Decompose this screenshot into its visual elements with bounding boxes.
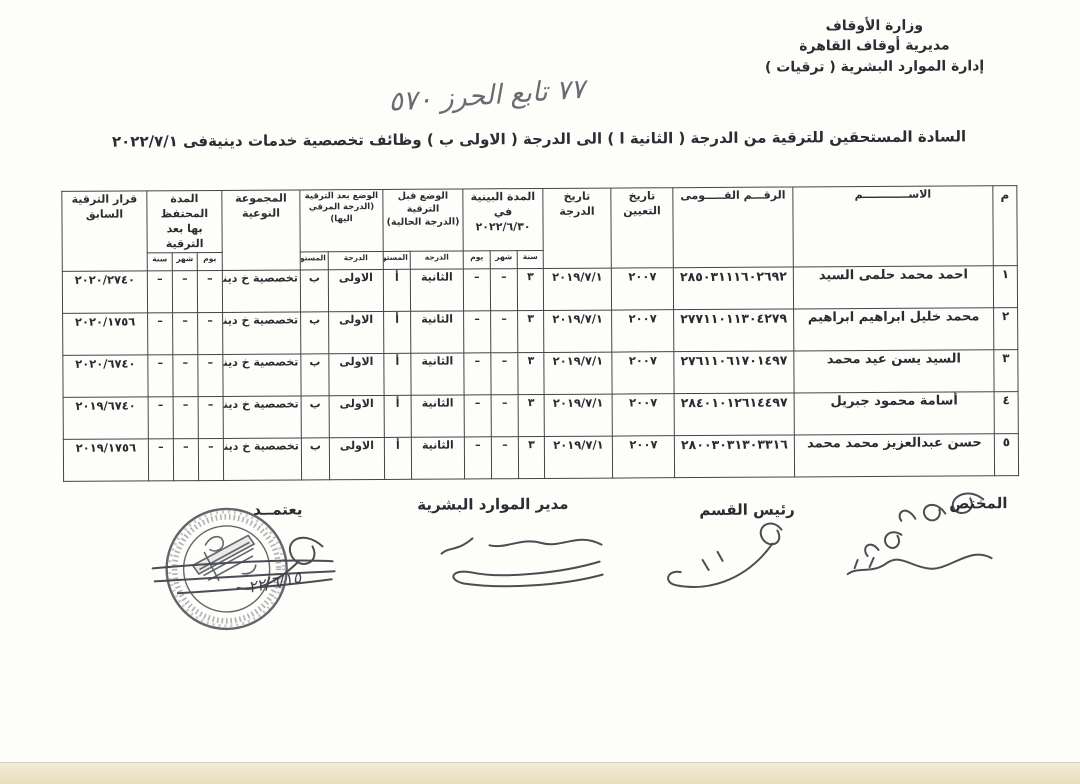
hire-date-cell: ٢٠٠٧ [612, 352, 674, 394]
retained-days-cell: – [197, 271, 222, 313]
subheader-before-level: المستوى [383, 252, 410, 270]
document-page: وزارة الأوقاف مديرية أوقاف القاهرة إدارة… [0, 0, 1080, 784]
header-group: المجموعة النوعية [222, 190, 300, 271]
after-degree-cell: الاولى [329, 354, 384, 396]
table-row: ٣ السيد يسن عيد محمد ٢٧٦١١٠٦١٧٠١٤٩٧ ٢٠٠٧… [63, 350, 1018, 398]
name-cell: احمد محمد حلمى السيد [793, 266, 993, 309]
retained-days-cell: – [198, 397, 223, 439]
hire-date-cell: ٢٠٠٧ [612, 394, 674, 436]
previous-decision-cell: ٢٠١٩/٦٧٤٠ [63, 397, 148, 440]
interim-months-cell: – [491, 437, 518, 479]
retained-years-cell: – [148, 355, 173, 397]
hire-date-cell: ٢٠٠٧ [612, 436, 674, 478]
previous-decision-cell: ٢٠٢٠/٢٧٤٠ [62, 271, 147, 314]
handwritten-reference-note: ٧٧ تابع الحرز ٥٧٠ [316, 69, 657, 123]
grade-date-cell: ٢٠١٩/٧/١ [543, 268, 611, 310]
grade-date-cell: ٢٠١٩/٧/١ [544, 310, 612, 352]
interim-years-cell: ٣ [518, 353, 544, 395]
header-name: الاســــــــــــم [793, 186, 993, 268]
interim-years-cell: ٣ [517, 269, 543, 311]
after-degree-cell: الاولى [329, 438, 384, 480]
retained-days-cell: – [198, 313, 223, 355]
interim-days-cell: – [464, 353, 491, 395]
after-level-cell: ب [301, 438, 329, 480]
previous-decision-cell: ٢٠١٩/١٧٥٦ [63, 439, 148, 482]
retained-years-cell: – [147, 271, 172, 313]
national-id-cell: ٢٨٤٠١٠١٢٦١٤٤٩٧ [674, 393, 794, 436]
interim-days-cell: – [464, 395, 491, 437]
after-level-cell: ب [301, 312, 329, 354]
retained-years-cell: – [148, 439, 173, 481]
grade-date-cell: ٢٠١٩/٧/١ [544, 394, 612, 436]
hr-manager-signature [441, 538, 602, 587]
serial-cell: ٣ [994, 350, 1018, 392]
name-cell: السيد يسن عيد محمد [794, 350, 994, 393]
header-previous-decision: قرار الترقية السابق [62, 191, 147, 272]
header-after-promotion: الوضع بعد الترقية (الدرجة المرقي اليها) [300, 189, 383, 252]
document-title: السادة المستحقين للترقية من الدرجة ( الث… [59, 127, 1019, 151]
header-interim-period: المدة البينية في ٢٠٢٢/٦/٣٠ [463, 188, 543, 251]
section-head-label: رئيس القسم [699, 500, 795, 519]
interim-months-cell: – [491, 311, 518, 353]
grade-date-cell: ٢٠١٩/٧/١ [544, 436, 612, 478]
hire-date-cell: ٢٠٠٧ [612, 310, 674, 352]
before-level-cell: أ [384, 312, 411, 354]
before-level-cell: أ [384, 438, 411, 480]
grade-date-cell: ٢٠١٩/٧/١ [544, 352, 612, 394]
subheader-after-degree: الدرجة [328, 252, 383, 270]
group-cell: تخصصية خ دينية [223, 354, 301, 396]
subheader-retained-month: شهر [172, 253, 197, 271]
subheader-before-degree: الدرجة [410, 251, 463, 269]
interim-months-cell: – [490, 269, 517, 311]
subheader-retained-year: سنة [147, 253, 172, 271]
interim-days-cell: – [464, 437, 491, 479]
national-id-cell: ٢٨٥٠٣١١١٦٠٢٦٩٢ [673, 267, 793, 310]
department-name: إدارة الموارد البشرية ( ترقيات ) [735, 56, 1015, 78]
directorate-name: مديرية أوقاف القاهرة [734, 35, 1014, 57]
ministry-name: وزارة الأوقاف [734, 15, 1014, 37]
letterhead: وزارة الأوقاف مديرية أوقاف القاهرة إدارة… [734, 15, 1014, 78]
retained-months-cell: – [173, 439, 198, 481]
subheader-interim-year: سنة [517, 251, 543, 269]
header-grade-date: تاريخ الدرجة [543, 188, 611, 269]
serial-cell: ٤ [994, 392, 1018, 434]
group-cell: تخصصية خ دينية [223, 312, 301, 354]
retained-years-cell: – [148, 397, 173, 439]
previous-decision-cell: ٢٠٢٠/١٧٥٦ [63, 313, 148, 356]
national-id-cell: ٢٨٠٠٣٠٣١٣٠٣٣١٦ [674, 435, 794, 478]
after-degree-cell: الاولى [328, 270, 383, 312]
header-before-promotion: الوضع قبل الترقية (الدرجة الحالية) [383, 189, 463, 252]
table-row: ٥ حسن عبدالعزيز محمد محمد ٢٨٠٠٣٠٣١٣٠٣٣١٦… [63, 434, 1018, 482]
specialist-label: المختص [949, 494, 1007, 512]
national-id-cell: ٢٧٧١١٠١١٣٠٤٢٧٩ [674, 309, 794, 352]
group-cell: تخصصية خ دينية [223, 396, 301, 438]
group-cell: تخصصية خ دينية [223, 438, 301, 480]
table-row: ٢ محمد خليل ابراهيم ابراهيم ٢٧٧١١٠١١٣٠٤٢… [63, 308, 1018, 356]
subheader-interim-month: شهر [490, 251, 517, 269]
header-national-id: الرقـــم القـــــومى [673, 187, 793, 268]
interim-years-cell: ٣ [518, 395, 544, 437]
interim-days-cell: – [463, 269, 490, 311]
before-degree-cell: الثانية [411, 395, 464, 437]
header-hire-date: تاريخ التعيين [611, 188, 673, 269]
after-level-cell: ب [301, 354, 329, 396]
before-degree-cell: الثانية [411, 311, 464, 353]
header-retained-period: المدة المحتفظ بها بعد الترقية [147, 190, 222, 253]
before-degree-cell: الثانية [411, 353, 464, 395]
handwritten-approval-date: ٢٢/٦/١٥ [246, 568, 302, 597]
header-serial: م [993, 186, 1017, 267]
hire-date-cell: ٢٠٠٧ [611, 268, 673, 310]
retained-days-cell: – [198, 355, 223, 397]
before-level-cell: أ [384, 354, 411, 396]
group-cell: تخصصية خ دينية [222, 270, 300, 312]
table-row: ٤ أسامة محمود جبريل ٢٨٤٠١٠١٢٦١٤٤٩٧ ٢٠٠٧ … [63, 392, 1018, 440]
interim-months-cell: – [491, 353, 518, 395]
after-level-cell: ب [300, 270, 328, 312]
scanned-promotion-document: { "letterhead": { "line1": "وزارة الأوقا… [0, 0, 1080, 784]
retained-years-cell: – [148, 313, 173, 355]
approve-label: يعتمــد [253, 500, 302, 518]
serial-cell: ١ [993, 266, 1017, 308]
before-level-cell: أ [383, 270, 410, 312]
subheader-after-level: المستوى [300, 252, 328, 270]
interim-years-cell: ٣ [518, 437, 544, 479]
table-row: ١ احمد محمد حلمى السيد ٢٨٥٠٣١١١٦٠٢٦٩٢ ٢٠… [62, 266, 1017, 314]
interim-days-cell: – [464, 311, 491, 353]
section-head-signature [668, 523, 782, 587]
retained-months-cell: – [173, 313, 198, 355]
official-stamp [166, 509, 287, 630]
subheader-retained-day: يوم [197, 253, 222, 271]
approve-signature [152, 538, 334, 594]
before-degree-cell: الثانية [410, 269, 463, 311]
previous-decision-cell: ٢٠٢٠/٦٧٤٠ [63, 355, 148, 398]
name-cell: أسامة محمود جبريل [794, 392, 994, 435]
serial-cell: ٢ [994, 308, 1018, 350]
retained-months-cell: – [172, 271, 197, 313]
name-cell: محمد خليل ابراهيم ابراهيم [794, 308, 994, 351]
serial-cell: ٥ [994, 434, 1018, 476]
after-degree-cell: الاولى [329, 396, 384, 438]
subheader-interim-day: يوم [463, 251, 490, 269]
before-level-cell: أ [384, 396, 411, 438]
after-degree-cell: الاولى [329, 312, 384, 354]
retained-months-cell: – [173, 355, 198, 397]
before-degree-cell: الثانية [411, 437, 464, 479]
promotion-table: م الاســــــــــــم الرقـــم القـــــومى… [61, 185, 1019, 482]
retained-days-cell: – [198, 439, 223, 481]
hr-manager-label: مدير الموارد البشرية [417, 495, 568, 514]
after-level-cell: ب [301, 396, 329, 438]
name-cell: حسن عبدالعزيز محمد محمد [794, 434, 994, 477]
retained-months-cell: – [173, 397, 198, 439]
scanner-bed-edge [0, 762, 1080, 784]
national-id-cell: ٢٧٦١١٠٦١٧٠١٤٩٧ [674, 351, 794, 394]
interim-months-cell: – [491, 395, 518, 437]
interim-years-cell: ٣ [518, 311, 544, 353]
